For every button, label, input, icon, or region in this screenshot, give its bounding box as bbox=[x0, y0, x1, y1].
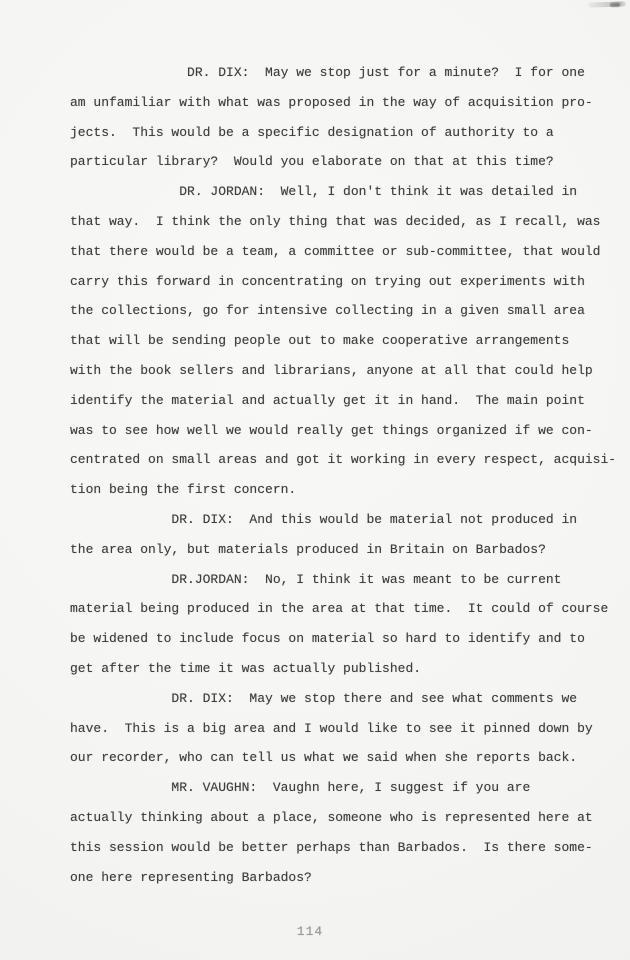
scan-artifact-smudge bbox=[588, 1, 626, 7]
dialogue-paragraph-dr-jordan-2: DR.JORDAN: No, I think it was meant to b… bbox=[70, 565, 616, 684]
dialogue-paragraph-dr-dix-3: DR. DIX: May we stop there and see what … bbox=[70, 684, 616, 773]
dialogue-paragraph-dr-jordan-1: DR. JORDAN: Well, I don't think it was d… bbox=[70, 177, 616, 505]
scanned-document-page: DR. DIX: May we stop just for a minute? … bbox=[0, 0, 630, 960]
transcript-text-block: DR. DIX: May we stop just for a minute? … bbox=[70, 58, 616, 892]
scan-artifact-smudge-core bbox=[610, 3, 620, 7]
page-number: 114 bbox=[286, 924, 334, 939]
dialogue-paragraph-dr-dix-1: DR. DIX: May we stop just for a minute? … bbox=[70, 58, 616, 177]
dialogue-paragraph-mr-vaughn-1: MR. VAUGHN: Vaughn here, I suggest if yo… bbox=[70, 773, 616, 892]
dialogue-paragraph-dr-dix-2: DR. DIX: And this would be material not … bbox=[70, 505, 616, 565]
